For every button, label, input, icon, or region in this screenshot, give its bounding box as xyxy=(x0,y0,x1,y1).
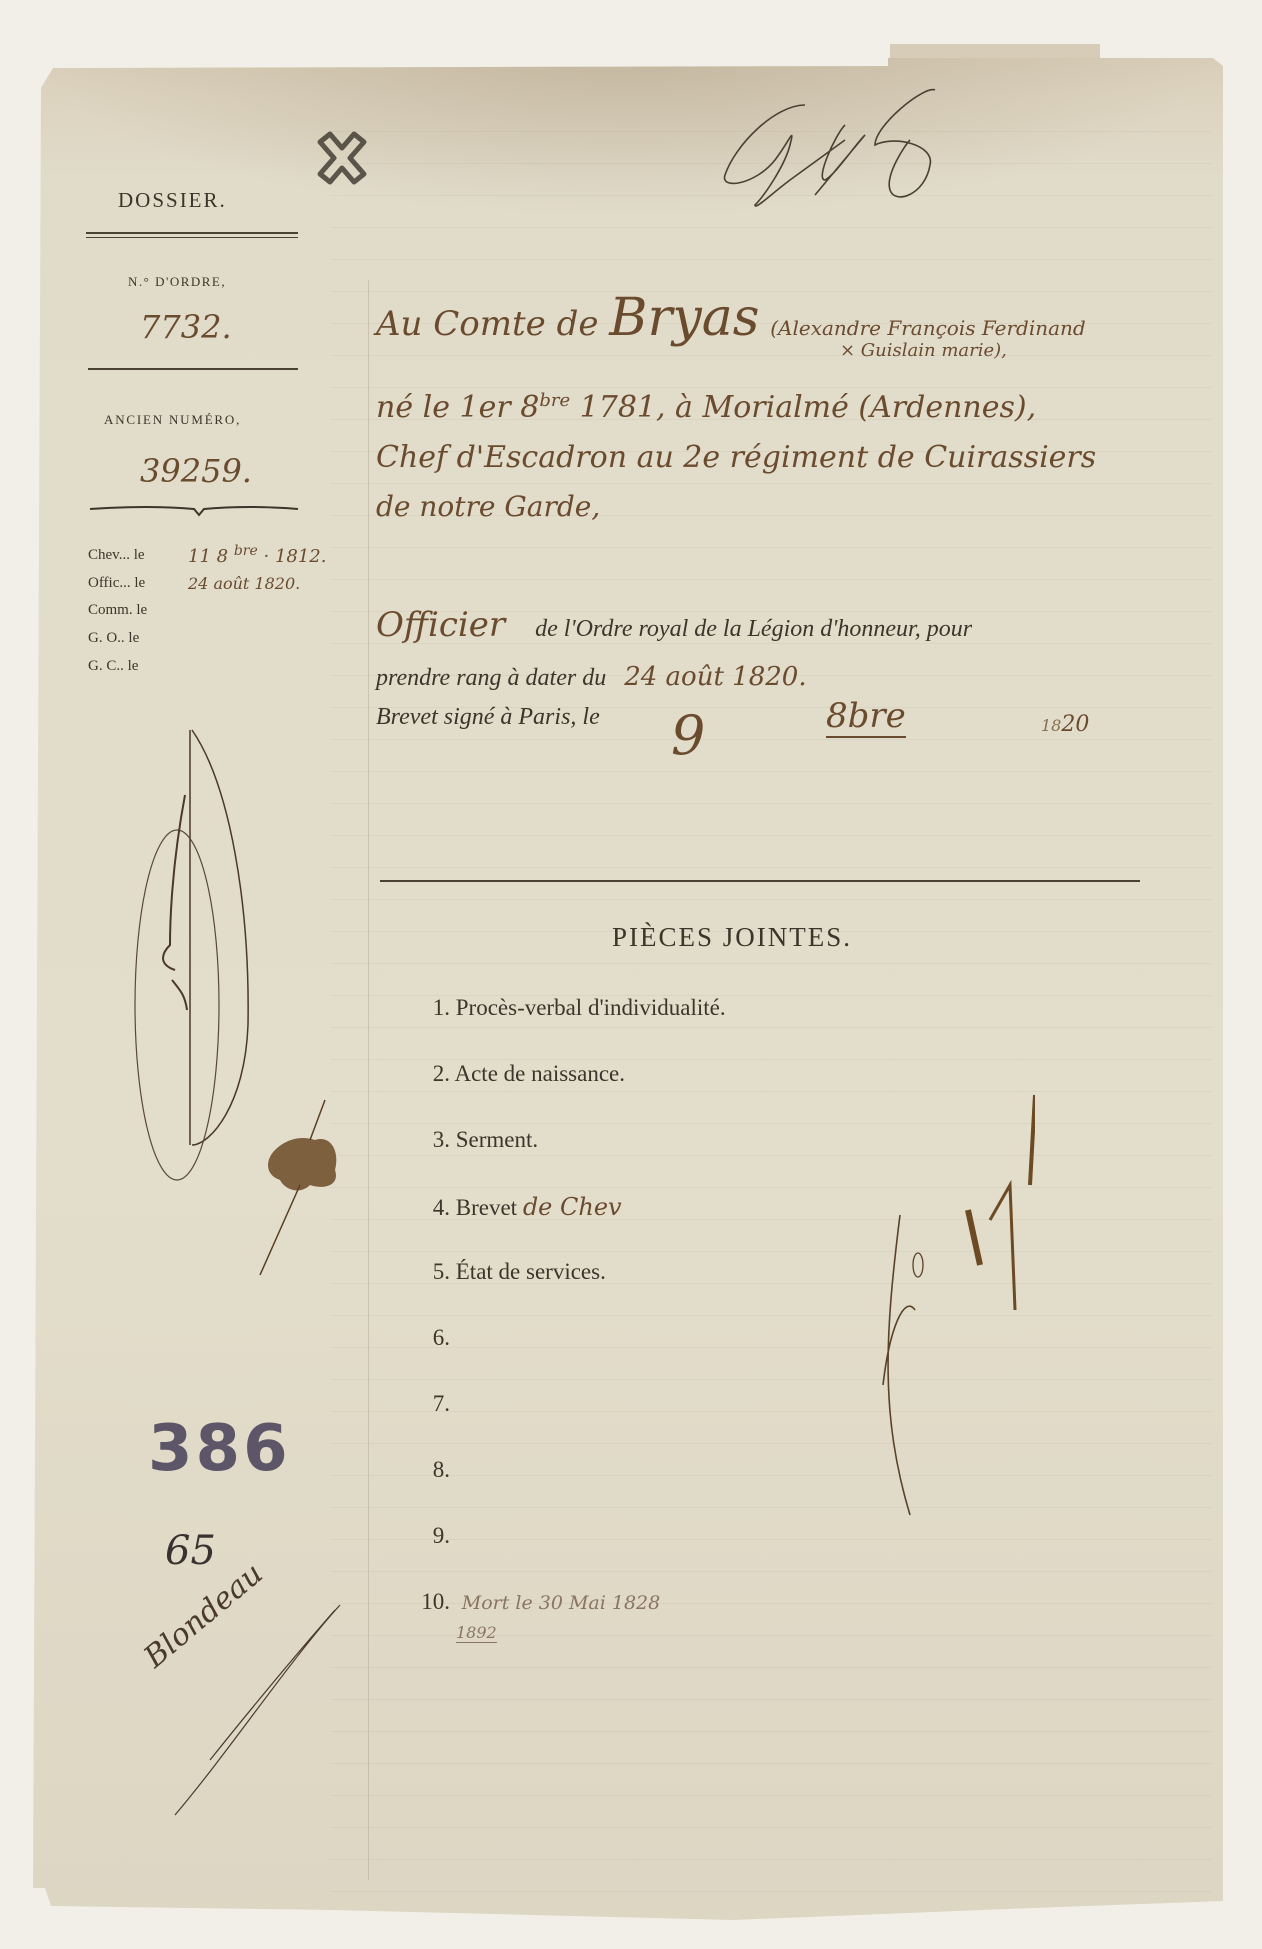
brevet-day: 9 xyxy=(671,704,705,767)
piece-item: 1. Procès-verbal d'individualité. xyxy=(412,995,726,1021)
grade-year: · 1812. xyxy=(264,546,327,567)
recipient-line-1: Au Comte de Bryas (Alexandre François Fe… xyxy=(376,288,1086,348)
piece-num: 10. xyxy=(412,1589,450,1615)
piece-num: 5. xyxy=(412,1259,450,1285)
grade-row-officier: Offic... le 24 août 1820. xyxy=(88,570,326,596)
piece-item: 7. xyxy=(412,1391,450,1417)
award-printed-2: prendre rang à dater du xyxy=(376,665,606,691)
grades-list: Chev... le 11 8 bre · 1812. Offic... le … xyxy=(88,540,326,680)
brevet-year: 1820 xyxy=(1041,712,1089,737)
hand-number: 65 xyxy=(165,1528,216,1574)
grade-row-grand-croix: G. C.. le xyxy=(88,652,326,680)
recipient-given-names-2: × Guislain marie), xyxy=(840,340,1007,361)
award-line-3: Brevet signé à Paris, le 9 8bre 1820 xyxy=(376,704,1116,784)
brevet-year-prefix: 18 xyxy=(1041,716,1061,735)
dossier-label: DOSSIER. xyxy=(118,188,227,213)
piece-item: 3. Serment. xyxy=(412,1127,538,1153)
ordre-rule xyxy=(88,368,298,370)
award-line-1: Officier de l'Ordre royal de la Légion d… xyxy=(376,605,972,645)
recipient-given-names: (Alexandre François Ferdinand xyxy=(770,316,1086,340)
stamp-number: 386 xyxy=(148,1412,291,1486)
piece-item: 5. État de services. xyxy=(412,1259,606,1285)
piece-item: 6. xyxy=(412,1325,450,1351)
piece-num: 2. xyxy=(412,1061,450,1087)
piece-num: 8. xyxy=(412,1457,450,1483)
piece-num: 1. xyxy=(412,995,450,1021)
ordre-value: 7732. xyxy=(140,308,232,346)
grade-label: G. O.. le xyxy=(88,624,188,652)
pen-sketch-drawing xyxy=(130,725,270,1195)
piece-item: 2. Acte de naissance. xyxy=(412,1061,625,1087)
piece-text: État de services. xyxy=(456,1259,606,1284)
recipient-line-3: Chef d'Escadron au 2e régiment de Cuiras… xyxy=(376,440,1096,475)
recipient-name: Bryas xyxy=(609,288,759,348)
grade-label: Chev... le xyxy=(88,540,188,570)
piece-text: Acte de naissance. xyxy=(454,1061,625,1086)
grade-label: Comm. le xyxy=(88,596,188,624)
piece-num: 7. xyxy=(412,1391,450,1417)
ancien-value: 39259. xyxy=(140,452,252,490)
piece-num: 6. xyxy=(412,1325,450,1351)
piece-num: 4. xyxy=(412,1195,450,1221)
grade-label: G. C.. le xyxy=(88,652,188,680)
piece-item: 8. xyxy=(412,1457,450,1483)
award-printed-3: Brevet signé à Paris, le xyxy=(376,704,600,730)
award-grade: Officier xyxy=(376,605,505,645)
piece-item: 4. Brevet de Chev xyxy=(412,1193,622,1221)
folio-note: F° 178 xyxy=(835,1085,1035,1535)
grade-row-commandeur: Comm. le xyxy=(88,596,326,624)
grade-date: 11 8 xyxy=(188,546,228,567)
piece-num: 9. xyxy=(412,1523,450,1549)
recipient-line-2: né le 1er 8bre 1781, à Morialmé (Ardenne… xyxy=(376,390,1036,425)
piece-num: 3. xyxy=(412,1127,450,1153)
x-stamp-icon xyxy=(312,128,372,188)
section-divider xyxy=(380,880,1140,882)
piece-text: Serment. xyxy=(456,1127,538,1152)
recipient-prefix: Au Comte de xyxy=(376,304,598,344)
piece-item: 9. xyxy=(412,1523,450,1549)
note-under-10: 1892 xyxy=(456,1623,497,1643)
award-line-2: prendre rang à dater du 24 août 1820. xyxy=(376,662,807,692)
piece-hand-note: de Chev xyxy=(523,1193,622,1221)
ancien-brace-rule xyxy=(88,505,300,519)
pieces-jointes-title: PIÈCES JOINTES. xyxy=(612,922,852,953)
brevet-year-suffix: 20 xyxy=(1061,712,1089,737)
birth-rest: 1781, à Morialmé (Ardennes), xyxy=(580,390,1036,425)
dossier-double-rule xyxy=(86,232,298,238)
grade-date-sup: bre xyxy=(234,543,258,559)
margin-line xyxy=(368,280,369,1880)
grade-row-chevalier: Chev... le 11 8 bre · 1812. xyxy=(88,540,326,570)
ordre-label: N.° D'ORDRE, xyxy=(128,274,226,290)
grade-date: 24 août 1820. xyxy=(188,570,326,596)
grade-label: Offic... le xyxy=(88,570,188,596)
recipient-line-4: de notre Garde, xyxy=(376,490,600,523)
death-note: Mort le 30 Mai 1828 xyxy=(462,1592,660,1614)
piece-text: Brevet xyxy=(456,1195,517,1220)
birth-prefix: né le 1er 8 xyxy=(376,390,539,425)
piece-item: 10. Mort le 30 Mai 1828 xyxy=(412,1589,660,1615)
grade-row-grand-officier: G. O.. le xyxy=(88,624,326,652)
piece-text: Procès-verbal d'individualité. xyxy=(456,995,726,1020)
ancien-label: ANCIEN NUMÉRO, xyxy=(104,412,241,428)
rank-date: 24 août 1820. xyxy=(624,662,806,692)
brevet-month: 8bre xyxy=(826,696,906,738)
ink-stain xyxy=(255,1095,355,1280)
top-initials-flourish xyxy=(695,85,945,215)
signature-flourish xyxy=(170,1600,350,1820)
birth-month-sup: bre xyxy=(539,390,570,411)
award-printed-1: de l'Ordre royal de la Légion d'honneur,… xyxy=(535,616,972,642)
